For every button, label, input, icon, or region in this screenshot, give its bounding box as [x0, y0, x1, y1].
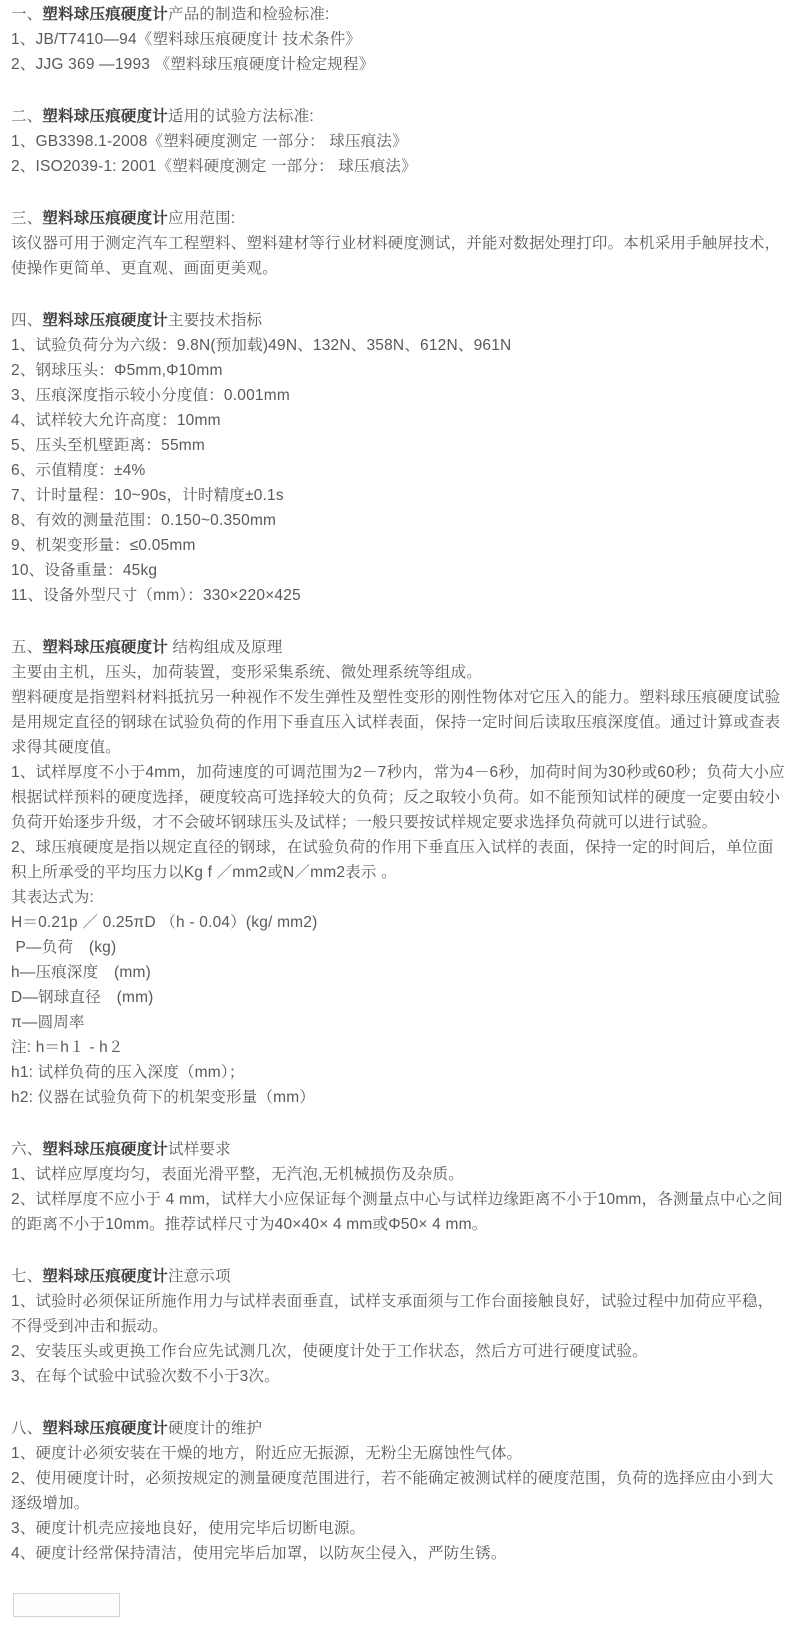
text-line: 1、JB/T7410—94《塑料球压痕硬度计 技术条件》 — [11, 27, 788, 52]
text-line: 8、有效的测量范围：0.150~0.350mm — [11, 508, 788, 533]
text-line: 7、计时量程：10~90s，计时精度±0.1s — [11, 483, 788, 508]
section-number: 二、 — [11, 108, 42, 125]
section-number: 四、 — [11, 312, 42, 329]
formula-term-line: P—负荷 (kg) — [11, 935, 788, 960]
section-heading: 三、塑料球压痕硬度计应用范围: — [11, 206, 788, 231]
section-title-rest: 注意示项 — [168, 1268, 231, 1285]
formula-term-line: h2: 仪器在试验负荷下的机架变形量（mm） — [11, 1085, 788, 1110]
text-line: 3、压痕深度指示较小分度值：0.001mm — [11, 383, 788, 408]
section-heading: 七、塑料球压痕硬度计注意示项 — [11, 1264, 788, 1289]
section-title-rest: 试样要求 — [168, 1141, 231, 1158]
text-line: 2、球压痕硬度是指以规定直径的钢球，在试验负荷的作用下垂直压入试样的表面，保持一… — [11, 835, 788, 885]
section-title-rest: 应用范围: — [168, 210, 235, 227]
section-structure-principle: 五、塑料球压痕硬度计 结构组成及原理 主要由主机，压头，加荷装置，变形采集系统、… — [11, 635, 788, 1110]
text-line: 该仪器可用于测定汽车工程塑料、塑料建材等行业材料硬度测试，并能对数据处理打印。本… — [11, 231, 788, 281]
text-line: 1、试样厚度不小于4mm，加荷速度的可调范围为2－7秒内，常为4－6秒，加荷时间… — [11, 760, 788, 835]
section-title-rest: 产品的制造和检验标准: — [168, 6, 330, 23]
section-title-rest: 硬度计的维护 — [168, 1420, 262, 1437]
text-line: 5、压头至机壁距离：55mm — [11, 433, 788, 458]
formula-term-line: π—圆周率 — [11, 1010, 788, 1035]
section-application-scope: 三、塑料球压痕硬度计应用范围: 该仪器可用于测定汽车工程塑料、塑料建材等行业材料… — [11, 206, 788, 281]
section-title-rest: 主要技术指标 — [168, 312, 262, 329]
section-specimen-requirements: 六、塑料球压痕硬度计试样要求 1、试样应厚度均匀，表面光滑平整，无汽泡,无机械损… — [11, 1137, 788, 1237]
section-title-bold: 塑料球压痕硬度计 — [42, 639, 168, 656]
section-maintenance: 八、塑料球压痕硬度计硬度计的维护 1、硬度计必须安装在干燥的地方，附近应无振源，… — [11, 1416, 788, 1566]
section-title-bold: 塑料球压痕硬度计 — [42, 210, 168, 227]
text-line: 其表达式为: — [11, 885, 788, 910]
text-line: 2、钢球压头：Φ5mm,Φ10mm — [11, 358, 788, 383]
formula-term-line: D—钢球直径 (mm) — [11, 985, 788, 1010]
section-number: 六、 — [11, 1141, 42, 1158]
text-line: 3、在每个试验中试验次数不小于3次。 — [11, 1364, 788, 1389]
section-test-method-standards: 二、塑料球压痕硬度计适用的试验方法标准: 1、GB3398.1-2008《塑料硬… — [11, 104, 788, 179]
text-line: 1、GB3398.1-2008《塑料硬度测定 一部分： 球压痕法》 — [11, 129, 788, 154]
text-line: 9、机架变形量：≤0.05mm — [11, 533, 788, 558]
text-line: 4、硬度计经常保持清洁，使用完毕后加罩，以防灰尘侵入，严防生锈。 — [11, 1541, 788, 1566]
section-heading: 六、塑料球压痕硬度计试样要求 — [11, 1137, 788, 1162]
section-title-bold: 塑料球压痕硬度计 — [42, 1268, 168, 1285]
section-title-bold: 塑料球压痕硬度计 — [42, 6, 168, 23]
section-precautions: 七、塑料球压痕硬度计注意示项 1、试验时必须保证所施作用力与试样表面垂直，试样支… — [11, 1264, 788, 1389]
text-line: 1、试验时必须保证所施作用力与试样表面垂直，试样支承面须与工作台面接触良好，试验… — [11, 1289, 788, 1339]
section-number: 一、 — [11, 6, 42, 23]
section-heading: 五、塑料球压痕硬度计 结构组成及原理 — [11, 635, 788, 660]
text-line: 2、试样厚度不应小于 4 mm，试样大小应保证每个测量点中心与试样边缘距离不小于… — [11, 1187, 788, 1237]
formula-term-line: h1: 试样负荷的压入深度（mm）； — [11, 1060, 788, 1085]
section-title-rest: 结构组成及原理 — [168, 639, 282, 656]
section-heading: 八、塑料球压痕硬度计硬度计的维护 — [11, 1416, 788, 1441]
section-title-bold: 塑料球压痕硬度计 — [42, 1420, 168, 1437]
text-line: 1、试样应厚度均匀，表面光滑平整，无汽泡,无机械损伤及杂质。 — [11, 1162, 788, 1187]
text-line: 2、使用硬度计时，必须按规定的测量硬度范围进行，若不能确定被测试样的硬度范围，负… — [11, 1466, 788, 1516]
cropped-thumbnail-box — [13, 1593, 120, 1617]
section-number: 八、 — [11, 1420, 42, 1437]
text-line: 6、示值精度：±4% — [11, 458, 788, 483]
section-title-rest: 适用的试验方法标准: — [168, 108, 314, 125]
text-line: 2、JJG 369 —1993 《塑料球压痕硬度计检定规程》 — [11, 52, 788, 77]
text-line: 1、硬度计必须安装在干燥的地方，附近应无振源，无粉尘无腐蚀性气体。 — [11, 1441, 788, 1466]
document-page: 一、塑料球压痕硬度计产品的制造和检验标准: 1、JB/T7410—94《塑料球压… — [0, 0, 800, 1617]
text-line: 2、安装压头或更换工作台应先试测几次，使硬度计处于工作状态，然后方可进行硬度试验… — [11, 1339, 788, 1364]
text-line: 10、设备重量：45kg — [11, 558, 788, 583]
text-line: 塑料硬度是指塑料材料抵抗另一种视作不发生弹性及塑性变形的刚性物体对它压入的能力。… — [11, 685, 788, 760]
formula-line: H＝0.21p ／ 0.25πD （h - 0.04）(kg/ mm2) — [11, 910, 788, 935]
text-line: 3、硬度计机壳应接地良好，使用完毕后切断电源。 — [11, 1516, 788, 1541]
section-heading: 一、塑料球压痕硬度计产品的制造和检验标准: — [11, 2, 788, 27]
text-line: 11、设备外型尺寸（mm）：330×220×425 — [11, 583, 788, 608]
section-title-bold: 塑料球压痕硬度计 — [42, 108, 168, 125]
text-line: 4、试样较大允许高度：10mm — [11, 408, 788, 433]
section-number: 三、 — [11, 210, 42, 227]
section-title-bold: 塑料球压痕硬度计 — [42, 1141, 168, 1158]
section-heading: 二、塑料球压痕硬度计适用的试验方法标准: — [11, 104, 788, 129]
section-number: 七、 — [11, 1268, 42, 1285]
section-heading: 四、塑料球压痕硬度计主要技术指标 — [11, 308, 788, 333]
text-line: 2、ISO2039-1: 2001《塑料硬度测定 一部分： 球压痕法》 — [11, 154, 788, 179]
formula-term-line: h—压痕深度 (mm) — [11, 960, 788, 985]
text-line: 主要由主机，压头，加荷装置，变形采集系统、微处理系统等组成。 — [11, 660, 788, 685]
section-technical-specs: 四、塑料球压痕硬度计主要技术指标 1、试验负荷分为六级：9.8N(预加载)49N… — [11, 308, 788, 608]
text-line: 1、试验负荷分为六级：9.8N(预加载)49N、132N、358N、612N、9… — [11, 333, 788, 358]
section-title-bold: 塑料球压痕硬度计 — [42, 312, 168, 329]
section-manufacture-standards: 一、塑料球压痕硬度计产品的制造和检验标准: 1、JB/T7410—94《塑料球压… — [11, 2, 788, 77]
section-number: 五、 — [11, 639, 42, 656]
formula-note-line: 注: h＝h１ - h２ — [11, 1035, 788, 1060]
